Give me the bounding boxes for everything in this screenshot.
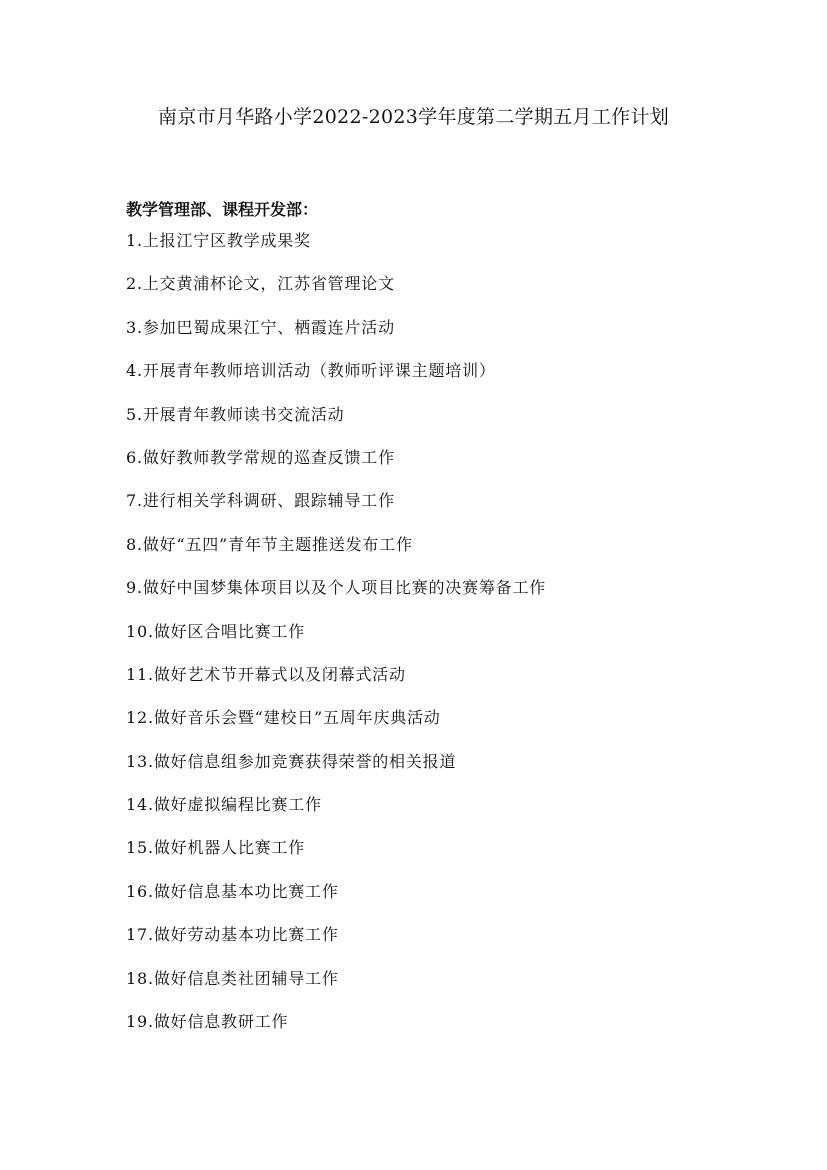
list-item: 10.做好区合唱比赛工作 <box>126 619 546 662</box>
list-item: 7.进行相关学科调研、跟踪辅导工作 <box>126 488 546 531</box>
list-item: 19.做好信息教研工作 <box>126 1009 546 1052</box>
list-item: 8.做好“五四”青年节主题推送发布工作 <box>126 532 546 575</box>
list-item: 4.开展青年教师培训活动（教师听评课主题培训） <box>126 358 546 401</box>
list-item: 12.做好音乐会暨“建校日”五周年庆典活动 <box>126 705 546 748</box>
document-page: 南京市月华路小学2022-2023学年度第二学期五月工作计划 教学管理部、课程开… <box>0 0 827 1170</box>
list-item: 18.做好信息类社团辅导工作 <box>126 966 546 1009</box>
document-title: 南京市月华路小学2022-2023学年度第二学期五月工作计划 <box>0 102 827 132</box>
list-item: 17.做好劳动基本功比赛工作 <box>126 922 546 965</box>
section-heading: 教学管理部、课程开发部： <box>126 197 318 223</box>
list-item: 16.做好信息基本功比赛工作 <box>126 879 546 922</box>
list-item: 3.参加巴蜀成果江宁、栖霞连片活动 <box>126 315 546 358</box>
list-item: 5.开展青年教师读书交流活动 <box>126 402 546 445</box>
list-item: 1.上报江宁区教学成果奖 <box>126 228 546 271</box>
list-item: 13.做好信息组参加竞赛获得荣誉的相关报道 <box>126 749 546 792</box>
work-plan-list: 1.上报江宁区教学成果奖 2.上交黄浦杯论文，江苏省管理论文 3.参加巴蜀成果江… <box>126 228 546 1052</box>
list-item: 15.做好机器人比赛工作 <box>126 835 546 878</box>
list-item: 14.做好虚拟编程比赛工作 <box>126 792 546 835</box>
list-item: 6.做好教师教学常规的巡查反馈工作 <box>126 445 546 488</box>
list-item: 9.做好中国梦集体项目以及个人项目比赛的决赛筹备工作 <box>126 575 546 618</box>
list-item: 11.做好艺术节开幕式以及闭幕式活动 <box>126 662 546 705</box>
list-item: 2.上交黄浦杯论文，江苏省管理论文 <box>126 271 546 314</box>
